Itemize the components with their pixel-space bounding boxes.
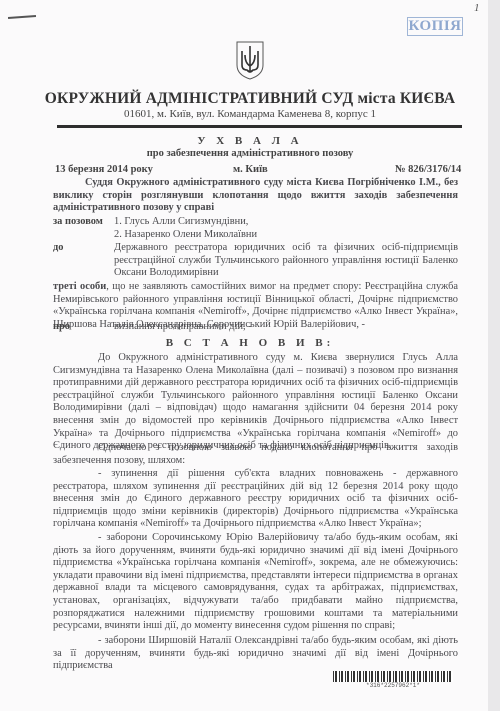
- document-type: У Х В А Л А: [0, 135, 500, 147]
- defendant-text: Державного реєстратора юридичних осіб та…: [114, 242, 458, 280]
- barcode: [333, 671, 453, 682]
- intro-paragraph: Суддя Окружного адміністративного суду м…: [53, 177, 458, 215]
- case-number: № 826/3176/14: [395, 164, 461, 175]
- paragraph-4: - заборони Сорочинському Юрію Валерійови…: [53, 532, 458, 633]
- page-number: 1: [474, 2, 480, 14]
- subject-label: про: [53, 321, 70, 332]
- third-parties-label: треті особи: [53, 281, 106, 292]
- paragraph-1: До Окружного адміністративного суду м. К…: [53, 352, 458, 453]
- paragraph-5: - заборони Ширшовій Наталії Олександрівн…: [53, 635, 458, 673]
- subject-text: визнання протиправними дій, -: [114, 321, 458, 334]
- plaintiff-label: за позовом: [53, 216, 103, 227]
- header-divider: [57, 125, 462, 128]
- barcode-text: *316*2257962*1*: [333, 682, 453, 689]
- copy-stamp: КОПІЯ: [407, 17, 463, 36]
- trident-coat-of-arms-icon: [235, 41, 265, 80]
- plaintiff-2: 2. Назаренко Олени Миколаївни: [114, 229, 458, 242]
- court-address: 01601, м. Київ, вул. Командарма Каменева…: [0, 108, 500, 120]
- court-name: ОКРУЖНИЙ АДМІНІСТРАТИВНИЙ СУД міста КИЄВ…: [0, 90, 500, 108]
- document-city: м. Київ: [233, 164, 268, 175]
- section-heading-established: В С Т А Н О В И В:: [0, 337, 500, 349]
- paragraph-3: - зупинення дії рішення суб'єкта владних…: [53, 468, 458, 531]
- paragraph-2: Одночасно з позовною заявою подано клопо…: [53, 442, 458, 467]
- plaintiff-1: 1. Глусь Алли Сигизмундівни,: [114, 216, 458, 229]
- document-date: 13 березня 2014 року: [55, 164, 153, 175]
- document-subject: про забезпечення адміністративного позов…: [0, 148, 500, 159]
- defendant-label: до: [53, 242, 63, 253]
